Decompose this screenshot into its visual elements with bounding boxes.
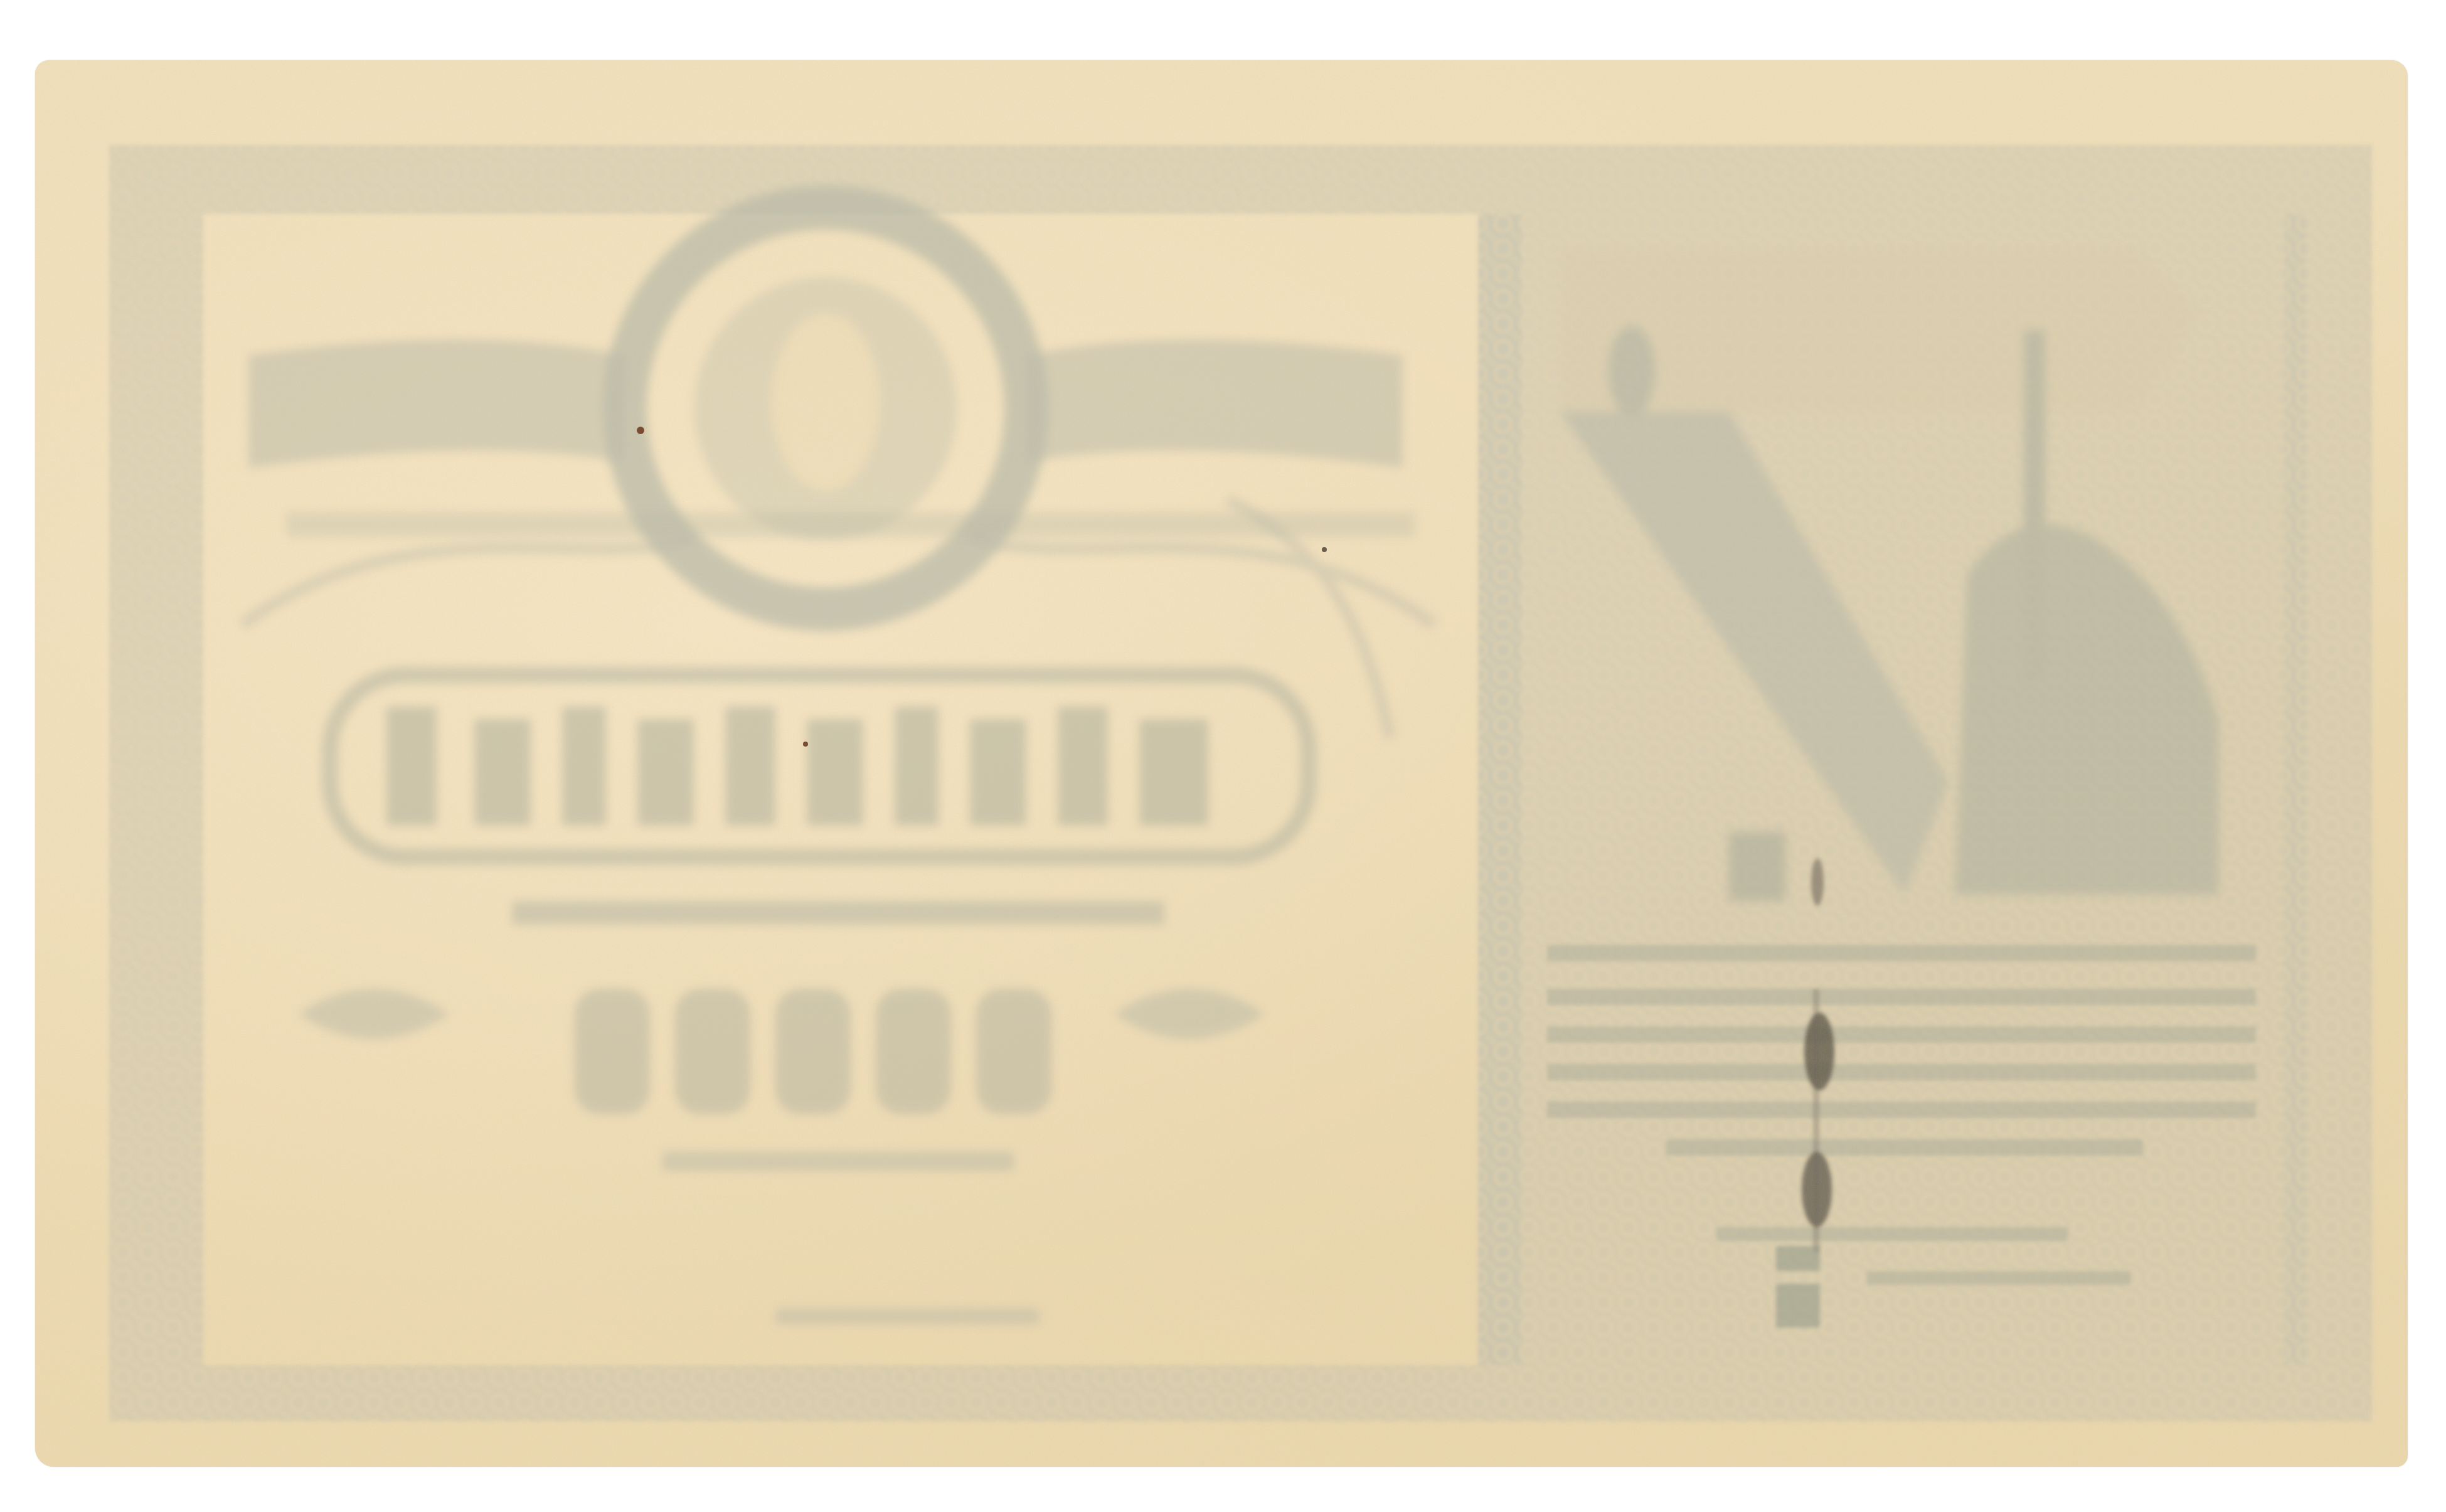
show-through-print: [35, 60, 2408, 1467]
paper-texture: [35, 60, 2408, 1467]
banknote-reverse: [35, 60, 2408, 1467]
